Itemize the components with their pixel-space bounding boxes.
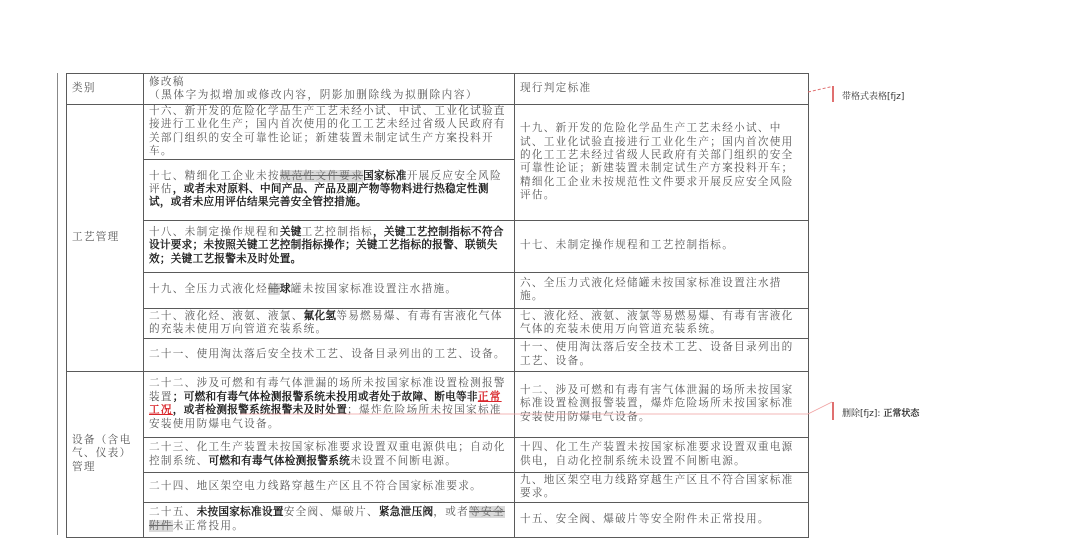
revised-cell: 十七、精细化工企业未按规范性文件要求国家标准开展反应安全风险评估，或者未对原料、… — [144, 159, 515, 220]
revised-cell: 十六、新开发的危险化学品生产工艺未经小试、中试、工业化试验直接进行工业化生产；国… — [144, 105, 515, 160]
comment-bar — [832, 402, 834, 420]
current-cell: 十九、新开发的危险化学品生产工艺未经小试、中试、工业化试验直接进行工业化生产；国… — [515, 105, 809, 221]
text-run: 未设置不间断电源。 — [350, 455, 457, 467]
current-cell: 十五、安全阀、爆破片等安全附件未正常投用。 — [515, 502, 809, 537]
change-bar — [57, 73, 58, 535]
table-row: 设备（含电气、仪表）管理 二十二、涉及可燃和有毒气体泄漏的场所未按国家标准设置检… — [67, 371, 809, 437]
text-run: 罐未按国家标准设置注水措施。 — [291, 283, 458, 295]
header-category: 类别 — [67, 74, 144, 105]
current-cell: 六、全压力式液化烃储罐未按国家标准设置注水措施。 — [515, 272, 809, 308]
text-run: 十八、未制定操作规程和 — [149, 226, 280, 238]
revised-cell: 十八、未制定操作规程和关键工艺控制指标，关键工艺控制指标不符合设计要求；未按照关… — [144, 220, 515, 272]
text-run: 十九、全压力式液化烃 — [149, 283, 268, 295]
table-row: 二十四、地区架空电力线路穿越生产区且不符合国家标准要求。 九、地区架空电力线路穿… — [67, 472, 809, 502]
comment-body: 正常状态 — [883, 409, 919, 419]
comparison-table: 类别 修改稿 （黑体字为拟增加或修改内容，阴影加删除线为拟删除内容） 现行判定标… — [66, 73, 809, 538]
deleted-text: 储 — [268, 283, 280, 295]
current-cell: 十一、使用淘汰落后安全技术工艺、设备目录列出的工艺、设备。 — [515, 338, 809, 371]
inserted-text: 可燃和有毒气体检测报警系统 — [208, 455, 350, 467]
comment-bar — [832, 86, 834, 102]
current-cell: 十四、化工生产装置未按国家标准要求设置双重电源供电，自动化控制系统未设置不间断电… — [515, 437, 809, 472]
current-cell: 十七、未制定操作规程和工艺控制指标。 — [515, 220, 809, 272]
revised-cell: 二十二、涉及可燃和有毒气体泄漏的场所未按国家标准设置检测报警装置；可燃和有毒气体… — [144, 371, 515, 437]
header-revised-note: （黑体字为拟增加或修改内容，阴影加删除线为拟删除内容） — [149, 89, 509, 102]
category-cell: 设备（含电气、仪表）管理 — [67, 371, 144, 537]
inserted-text: 氟化氢 — [304, 310, 337, 322]
header-revised-title: 修改稿 — [149, 76, 509, 89]
table-row: 二十、液化烃、液氨、液氯、氟化氢等易燃易爆、有毒有害液化气体的充装未使用万向管道… — [67, 308, 809, 338]
header-row: 类别 修改稿 （黑体字为拟增加或修改内容，阴影加删除线为拟删除内容） 现行判定标… — [67, 74, 809, 105]
comment-label: 删除[fjz]: — [842, 409, 880, 419]
text-run: 二十五、 — [149, 506, 197, 518]
inserted-text: 国家标准 — [363, 170, 407, 182]
inserted-text: 未按国家标准设置 — [197, 506, 284, 518]
revised-cell: 二十五、未按国家标准设置安全阀、爆破片、紧急泄压阀，或者等安全附件未正常投用。 — [144, 502, 515, 537]
header-current: 现行判定标准 — [515, 74, 809, 105]
text-run: 二十一、使用淘汰落后安全技术工艺、设备目录列出的工艺、设备。 — [149, 348, 506, 360]
comment-text: 删除[fjz]: 正常状态 — [842, 406, 919, 419]
table-row: 工艺管理 十六、新开发的危险化学品生产工艺未经小试、中试、工业化试验直接进行工业… — [67, 105, 809, 160]
text-run: 十七、精细化工企业未按 — [149, 170, 280, 182]
text-run: 二十、液化烃、液氨、液氯、 — [149, 310, 304, 322]
text-run: ，或者 — [433, 506, 469, 518]
inserted-text: 紧急泄压阀 — [379, 506, 433, 518]
current-cell: 十二、涉及可燃和有毒有害气体泄漏的场所未按国家标准设置检测报警装置，爆炸危险场所… — [515, 371, 809, 437]
category-cell: 工艺管理 — [67, 105, 144, 372]
text-run: 工艺控制指标 — [302, 226, 373, 238]
text-run: 安全阀、爆破片、 — [284, 506, 379, 518]
inserted-text: 关键 — [280, 226, 302, 238]
table-row: 十九、全压力式液化烃储球罐未按国家标准设置注水措施。 六、全压力式液化烃储罐未按… — [67, 272, 809, 308]
revised-cell: 二十三、化工生产装置未按国家标准要求设置双重电源供电；自动化控制系统、可燃和有毒… — [144, 437, 515, 472]
inserted-text: ，或者检测报警系统报警未及时处置 — [173, 404, 347, 416]
inserted-text: ；可燃和有毒气体检测报警系统未投用或者处于故障、断电等非 — [173, 391, 478, 403]
header-revised: 修改稿 （黑体字为拟增加或修改内容，阴影加删除线为拟删除内容） — [144, 74, 515, 105]
inserted-text: ，或者未对原料、中间产品、产品及副产物等物料进行热稳定性测试，或者未应用评估结果… — [149, 183, 489, 208]
current-cell: 九、地区架空电力线路穿越生产区且不符合国家标准要求。 — [515, 472, 809, 502]
table-row: 二十一、使用淘汰落后安全技术工艺、设备目录列出的工艺、设备。 十一、使用淘汰落后… — [67, 338, 809, 371]
comment-label: 带格式表格[fjz] — [842, 89, 904, 102]
revised-cell: 二十四、地区架空电力线路穿越生产区且不符合国家标准要求。 — [144, 472, 515, 502]
inserted-text: 球 — [280, 283, 291, 295]
table-row: 二十五、未按国家标准设置安全阀、爆破片、紧急泄压阀，或者等安全附件未正常投用。 … — [67, 502, 809, 537]
table-row: 十八、未制定操作规程和关键工艺控制指标，关键工艺控制指标不符合设计要求；未按照关… — [67, 220, 809, 272]
revised-cell: 二十、液化烃、液氨、液氯、氟化氢等易燃易爆、有毒有害液化气体的充装未使用万向管道… — [144, 308, 515, 338]
revised-cell: 二十一、使用淘汰落后安全技术工艺、设备目录列出的工艺、设备。 — [144, 338, 515, 371]
text-run: 十六、新开发的危险化学品生产工艺未经小试、中试、工业化试验直接进行工业化生产；国… — [149, 105, 506, 157]
deleted-text: 规范性文件要求 — [280, 170, 363, 182]
revised-cell: 十九、全压力式液化烃储球罐未按国家标准设置注水措施。 — [144, 272, 515, 308]
table-row: 二十三、化工生产装置未按国家标准要求设置双重电源供电；自动化控制系统、可燃和有毒… — [67, 437, 809, 472]
current-cell: 七、液化烃、液氨、液氯等易燃易爆、有毒有害液化气体的充装未使用万向管道充装系统。 — [515, 308, 809, 338]
text-run: 未正常投用。 — [173, 520, 244, 532]
text-run: 二十四、地区架空电力线路穿越生产区且不符合国家标准要求。 — [149, 480, 482, 492]
